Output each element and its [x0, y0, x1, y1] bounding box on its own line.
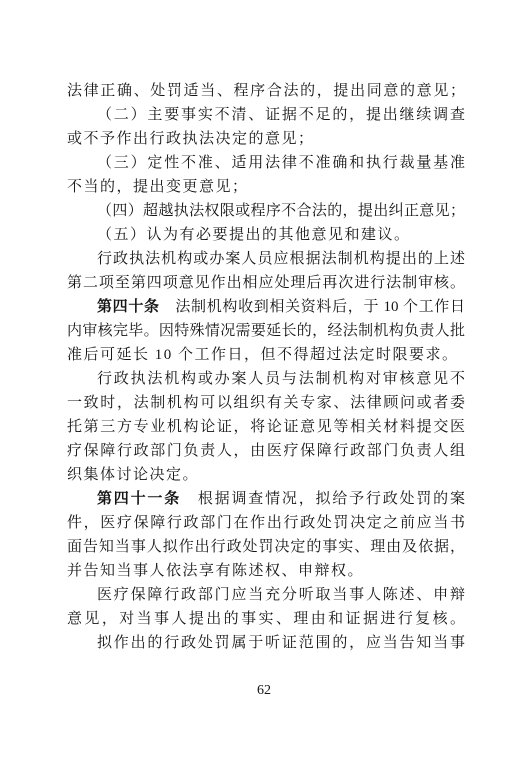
- text-line: 法律正确、处罚适当、程序合法的，提出同意的意见；: [67, 79, 465, 103]
- text-line: 面告知当事人拟作出行政处罚决定的事实、理由及依据，: [67, 535, 465, 559]
- text-line: 一致时，法制机构可以组织有关专家、法律顾问或者委: [67, 391, 465, 415]
- text-line: 第二项至第四项意见作出相应处理后再次进行法制审核。: [67, 271, 465, 295]
- text-block: 法律正确、处罚适当、程序合法的，提出同意的意见；（二）主要事实不清、证据不足的，…: [67, 79, 465, 655]
- text-line: 第四十一条 根据调查情况，拟给予行政处罚的案: [67, 487, 465, 511]
- text-line: 内审核完毕。因特殊情况需要延长的，经法制机构负责人批: [67, 319, 465, 343]
- document-page: 法律正确、处罚适当、程序合法的，提出同意的意见；（二）主要事实不清、证据不足的，…: [0, 0, 528, 767]
- article-number: 第四十一条: [97, 491, 181, 507]
- text-line: 并告知当事人依法享有陈述权、申辩权。: [67, 559, 465, 583]
- text-line: （二）主要事实不清、证据不足的，提出继续调查: [67, 103, 465, 127]
- article-number: 第四十条: [97, 299, 160, 315]
- text-line: 托第三方专业机构论证，将论证意见等相关材料提交医: [67, 415, 465, 439]
- text-line: 第四十条 法制机构收到相关资料后，于 10 个工作日: [67, 295, 465, 319]
- text-line: 件，医疗保障行政部门在作出行政处罚决定之前应当书: [67, 511, 465, 535]
- text-line: 织集体讨论决定。: [67, 463, 465, 487]
- text-line: （五）认为有必要提出的其他意见和建议。: [67, 223, 465, 247]
- text-line: 疗保障行政部门负责人，由医疗保障行政部门负责人组: [67, 439, 465, 463]
- text-line: 拟作出的行政处罚属于听证范围的，应当告知当事: [67, 631, 465, 655]
- text-line: 行政执法机构或办案人员与法制机构对审核意见不: [67, 367, 465, 391]
- text-line: （四）超越执法权限或程序不合法的，提出纠正意见；: [67, 199, 465, 223]
- text-line: 意见，对当事人提出的事实、理由和证据进行复核。: [67, 607, 465, 631]
- page-number: 62: [0, 682, 528, 700]
- text-line: 或不予作出行政执法决定的意见；: [67, 127, 465, 151]
- text-line: 医疗保障行政部门应当充分听取当事人陈述、申辩: [67, 583, 465, 607]
- text-line: （三）定性不准、适用法律不准确和执行裁量基准: [67, 151, 465, 175]
- text-line: 准后可延长 10 个工作日，但不得超过法定时限要求。: [67, 343, 465, 367]
- text-line: 行政执法机构或办案人员应根据法制机构提出的上述: [67, 247, 465, 271]
- text-line: 不当的，提出变更意见；: [67, 175, 465, 199]
